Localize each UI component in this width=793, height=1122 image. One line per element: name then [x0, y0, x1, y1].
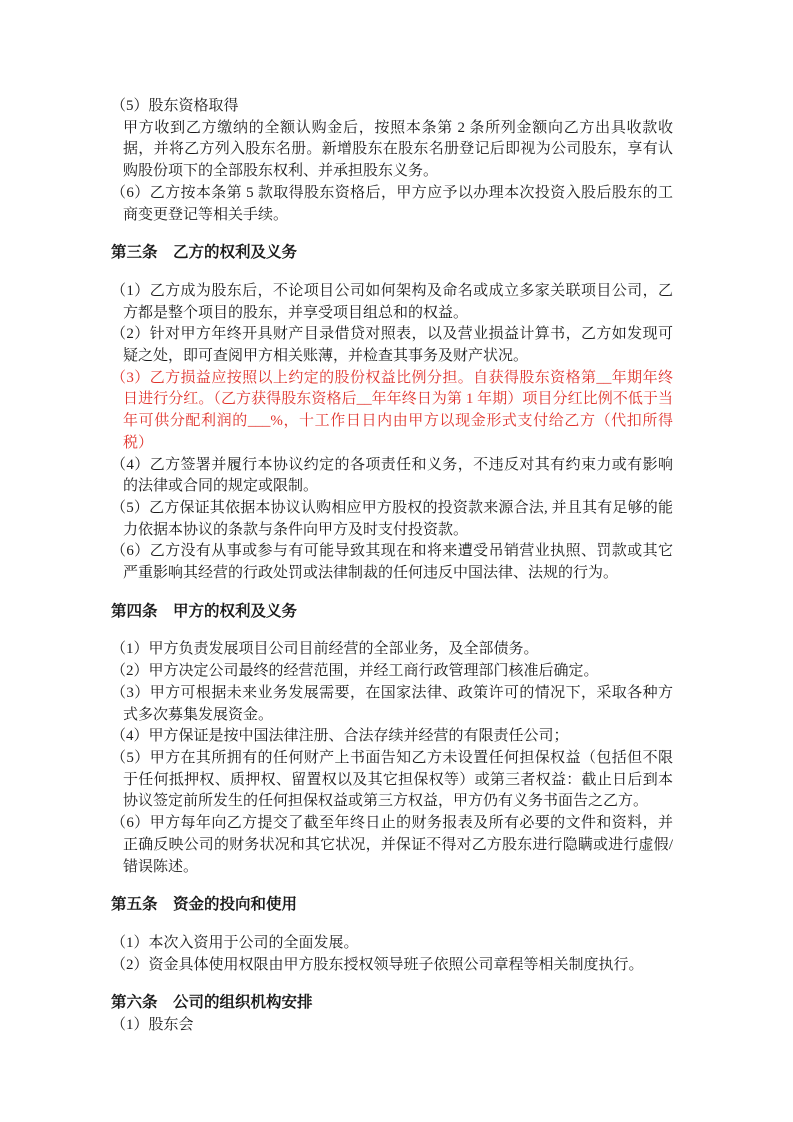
list-item: （1）股东会: [111, 1015, 673, 1037]
list-item: （5）乙方保证其依据本协议认购相应甲方股权的投资款来源合法, 并且其有足够的能力…: [111, 498, 673, 541]
contract-document-page: （5）股东资格取得 甲方收到乙方缴纳的全额认购金后，按照本条第 2 条所列金额向…: [0, 0, 793, 1122]
list-item: （6）甲方每年向乙方提交了截至年终日止的财务报表及所有必要的文件和资料，并正确反…: [111, 813, 673, 878]
clause-list: （1）乙方成为股东后，不论项目公司如何架构及命名或成立多家关联项目公司，乙方都是…: [111, 281, 673, 585]
item-marker: （1）: [111, 1017, 149, 1033]
item-text: 本次入资用于公司的全面发展。: [149, 935, 359, 951]
item-text: 乙方没有从事或参与有可能导致其现在和将来遭受吊销营业执照、罚款或其它严重影响其经…: [123, 543, 673, 581]
item-marker: （2）: [111, 663, 149, 679]
section-heading: 第四条 甲方的权利及义务: [111, 601, 673, 623]
item-marker: （6）: [111, 543, 150, 559]
section-heading: 第六条 公司的组织机构安排: [111, 992, 673, 1014]
item-text: 乙方损益应按照以上约定的股份权益比例分担。自获得股东资格第__年期年终日进行分红…: [123, 370, 673, 451]
item-text: 甲方决定公司最终的经营范围，并经工商行政管理部门核准后确定。: [149, 663, 599, 679]
list-item: （5）股东资格取得 甲方收到乙方缴纳的全额认购金后，按照本条第 2 条所列金额向…: [111, 96, 673, 183]
item-marker: （6）: [111, 185, 150, 201]
item-text: 针对甲方年终开具财产目录借贷对照表，以及营业损益计算书，乙方如发现可疑之处，即可…: [123, 326, 673, 364]
item-marker: （4）: [111, 457, 150, 473]
item-marker: （5）: [111, 500, 149, 516]
item-marker: （4）: [111, 728, 149, 744]
list-item: （6）乙方没有从事或参与有可能导致其现在和将来遭受吊销营业执照、罚款或其它严重影…: [111, 541, 673, 584]
list-item: （4）甲方保证是按中国法律注册、合法存续并经营的有限责任公司；: [111, 726, 673, 748]
list-item: （2）针对甲方年终开具财产目录借贷对照表，以及营业损益计算书，乙方如发现可疑之处…: [111, 324, 673, 367]
item-text: 乙方成为股东后，不论项目公司如何架构及命名或成立多家关联项目公司，乙方都是整个项…: [123, 283, 673, 321]
item-marker: （2）: [111, 326, 150, 342]
item-text: 甲方每年向乙方提交了截至年终日止的财务报表及所有必要的文件和资料，并正确反映公司…: [123, 815, 673, 874]
item-text: 甲方可根据未来业务发展需要，在国家法律、政策许可的情况下，采取各种方式多次募集发…: [123, 685, 673, 723]
section-heading: 第三条 乙方的权利及义务: [111, 242, 673, 264]
list-item: （2）资金具体使用权限由甲方股东授权领导班子依照公司章程等相关制度执行。: [111, 955, 673, 977]
section-article-4: 第四条 甲方的权利及义务 （1）甲方负责发展项目公司目前经营的全部业务，及全部债…: [111, 601, 673, 878]
item-marker: （3）: [111, 685, 150, 701]
item-text: 股东会: [149, 1017, 194, 1033]
clause-list: （1）本次入资用于公司的全面发展。 （2）资金具体使用权限由甲方股东授权领导班子…: [111, 933, 673, 976]
list-item: （1）甲方负责发展项目公司目前经营的全部业务，及全部债务。: [111, 639, 673, 661]
item-marker: （2）: [111, 957, 149, 973]
prelude-clause-list: （5）股东资格取得 甲方收到乙方缴纳的全额认购金后，按照本条第 2 条所列金额向…: [111, 96, 673, 226]
item-text: 股东资格取得 甲方收到乙方缴纳的全额认购金后，按照本条第 2 条所列金额向乙方出…: [123, 98, 673, 179]
clause-list: （1）甲方负责发展项目公司目前经营的全部业务，及全部债务。 （2）甲方决定公司最…: [111, 639, 673, 878]
list-item: （2）甲方决定公司最终的经营范围，并经工商行政管理部门核准后确定。: [111, 661, 673, 683]
list-item: （1）本次入资用于公司的全面发展。: [111, 933, 673, 955]
section-article-5: 第五条 资金的投向和使用 （1）本次入资用于公司的全面发展。 （2）资金具体使用…: [111, 894, 673, 976]
section-article-3: 第三条 乙方的权利及义务 （1）乙方成为股东后，不论项目公司如何架构及命名或成立…: [111, 242, 673, 585]
list-item: （3）甲方可根据未来业务发展需要，在国家法律、政策许可的情况下，采取各种方式多次…: [111, 683, 673, 726]
clause-list: （1）股东会: [111, 1015, 673, 1037]
list-item: （1）乙方成为股东后，不论项目公司如何架构及命名或成立多家关联项目公司，乙方都是…: [111, 281, 673, 324]
item-text: 甲方保证是按中国法律注册、合法存续并经营的有限责任公司；: [149, 728, 569, 744]
item-marker: （1）: [111, 641, 149, 657]
item-marker: （3）: [111, 370, 150, 386]
list-item: （6）乙方按本条第 5 款取得股东资格后，甲方应予以办理本次投资入股后股东的工商…: [111, 183, 673, 226]
section-article-6: 第六条 公司的组织机构安排 （1）股东会: [111, 992, 673, 1036]
item-marker: （5）: [111, 750, 150, 766]
item-text: 乙方保证其依据本协议认购相应甲方股权的投资款来源合法, 并且其有足够的能力依据本…: [123, 500, 673, 538]
item-marker: （5）: [111, 98, 149, 114]
item-marker: （1）: [111, 283, 150, 299]
item-text: 资金具体使用权限由甲方股东授权领导班子依照公司章程等相关制度执行。: [149, 957, 644, 973]
item-text: 乙方签署并履行本协议约定的各项责任和义务，不违反对其有约束力或有影响的法律或合同…: [123, 457, 673, 495]
item-text: 甲方负责发展项目公司目前经营的全部业务，及全部债务。: [149, 641, 539, 657]
item-text: 乙方按本条第 5 款取得股东资格后，甲方应予以办理本次投资入股后股东的工商变更登…: [123, 185, 673, 223]
item-text: 甲方在其所拥有的任何财产上书面告知乙方未设置任何担保权益（包括但不限于任何抵押权…: [123, 750, 673, 809]
item-marker: （1）: [111, 935, 149, 951]
list-item: （5）甲方在其所拥有的任何财产上书面告知乙方未设置任何担保权益（包括但不限于任何…: [111, 748, 673, 813]
list-item-red-emphasis: （3）乙方损益应按照以上约定的股份权益比例分担。自获得股东资格第__年期年终日进…: [111, 368, 673, 455]
item-marker: （6）: [111, 815, 150, 831]
section-heading: 第五条 资金的投向和使用: [111, 894, 673, 916]
list-item: （4）乙方签署并履行本协议约定的各项责任和义务，不违反对其有约束力或有影响的法律…: [111, 455, 673, 498]
